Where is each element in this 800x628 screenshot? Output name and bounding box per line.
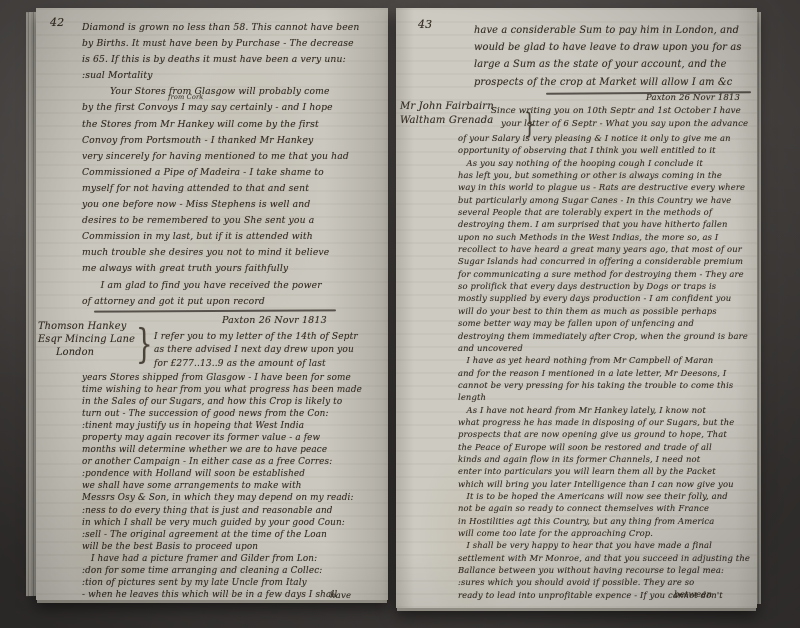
manuscript-line: months will determine whether we are to … [82,444,384,456]
manuscript-line: and uncovered [458,342,754,354]
manuscript-line: prospects that are now opening give us g… [458,428,754,440]
manuscript-line: have a considerable Sum to pay him in Lo… [474,22,760,39]
manuscript-line: so prolifick that every days destruction… [458,280,754,292]
manuscript-line: is 65. If this is by deaths it must have… [82,52,384,68]
manuscript-line: in which I shall be very much guided by … [82,517,384,529]
manuscript-line: will come too late for the approaching C… [458,527,754,539]
manuscript-line: I am glad to find you have received the … [82,278,384,294]
manuscript-line: me always with great truth yours faithfu… [82,261,384,277]
manuscript-line: London [38,346,148,359]
manuscript-line: your letter of 6 Septr - What you say up… [491,118,753,131]
page-number: 43 [418,18,432,31]
manuscript-line: you one before now - Miss Stephens is we… [82,197,384,213]
manuscript-line: kinds and again flow in its former Chann… [458,453,754,465]
manuscript-line: Ballance between you without having reco… [458,564,754,576]
manuscript-line: :ness to do every thing that is just and… [82,505,384,517]
manuscript-line: much trouble she desires you not to mind… [82,245,384,261]
manuscript-line: of attorney and got it put upon record [82,294,384,310]
manuscript-line: Convoy from Portsmouth - I thanked Mr Ha… [82,133,384,149]
manuscript-line: It is to be hoped the Americans will now… [458,490,754,502]
manuscript-line: recollect to have heard a great many yea… [458,243,754,255]
fairbairn-letter-opening: Since writing you on 10th Septr and 1st … [491,105,753,131]
fairbairn-letter-body: of your Salary is very pleasing & I noti… [458,132,754,601]
manuscript-line: :sures which you should avoid if possibl… [458,576,754,588]
manuscript-line: prospects of the crop at Market will all… [474,74,760,91]
manuscript-line: Sugar Islands had concurred in offering … [458,255,754,267]
left-page: 42 Diamond is grown no less than 58. Thi… [36,8,388,600]
manuscript-line: would be glad to have leave to draw upon… [474,39,760,56]
manuscript-line: destroying them. I am surprised that you… [458,218,754,230]
manuscript-line: in Hostilities agt this Country, but any… [458,515,754,527]
manuscript-line: As you say nothing of the hooping cough … [458,157,754,169]
manuscript-line: way in this world to plague us - Rats ar… [458,181,754,193]
manuscript-line: :tinent may justify us in hopeing that W… [82,420,384,432]
manuscript-line: property may again recover its former va… [82,432,384,444]
manuscript-line: not be again so ready to connect themsel… [458,502,754,514]
manuscript-line: which will bring you later Intelligence … [458,478,754,490]
manuscript-line: Thomson Hankey [38,320,148,333]
manuscript-scan: 42 Diamond is grown no less than 58. Thi… [0,0,800,628]
manuscript-line: in the Sales of our Sugars, and how this… [82,396,384,408]
manuscript-line: large a Sum as the state of your account… [474,56,760,73]
manuscript-line: some better way may be fallen upon of un… [458,317,754,329]
interlinear-insertion: from Cork [168,93,203,101]
manuscript-line: turn out - The succession of good news f… [82,408,384,420]
manuscript-line: by Births. It must have been by Purchase… [82,36,384,52]
manuscript-line: or another Campaign - In either case as … [82,456,384,468]
manuscript-line: Esqr Mincing Lane [38,333,148,346]
manuscript-line: myself for not having attended to that a… [82,181,384,197]
manuscript-line: by the first Convoys I may say certainly… [82,100,384,116]
manuscript-line: desires to be remembered to you She sent… [82,213,384,229]
manuscript-line: we shall have some arrangements to make … [82,480,384,492]
manuscript-line: of your Salary is very pleasing & I noti… [458,132,754,144]
manuscript-line: :sell - The original agreement at the ti… [82,529,384,541]
manuscript-line: destroying them immediately after Crop, … [458,330,754,342]
catchword: between [674,590,712,600]
catchword: have [330,591,351,601]
manuscript-line: :tion of pictures sent by my late Uncle … [82,577,384,589]
manuscript-line: :don for some time arranging and cleanin… [82,565,384,577]
manuscript-line: the Peace of Europe will soon be restore… [458,441,754,453]
previous-letter-end: Diamond is grown no less than 58. This c… [82,20,384,310]
manuscript-line: years Stores shipped from Glasgow - I ha… [82,372,384,384]
manuscript-line: for communicating a sure method for dest… [458,268,754,280]
manuscript-line: :pondence with Holland will soon be esta… [82,468,384,480]
manuscript-line: time wishing to hear from you what progr… [82,384,384,396]
manuscript-line: opportunity of observing that I think yo… [458,144,754,156]
manuscript-line: several People that are tolerably expert… [458,206,754,218]
manuscript-line: I refer you to my letter of the 14th of … [154,331,376,344]
manuscript-line: upon no such Methods in the West Indias,… [458,231,754,243]
manuscript-line: the Stores from Mr Hankey will come by t… [82,117,384,133]
manuscript-line: I shall be very happy to hear that you h… [458,539,754,551]
manuscript-line: As I have not heard from Mr Hankey latel… [458,404,754,416]
manuscript-line: I have as yet heard nothing from Mr Camp… [458,354,754,366]
manuscript-line: for £277..13..9 as the amount of last [154,358,376,371]
letter-separator-rule [94,309,336,312]
manuscript-line: has left you, but something or other is … [458,169,754,181]
hankey-margin-address: Thomson HankeyEsqr Mincing LaneLondon [38,320,148,359]
manuscript-line: Messrs Osy & Son, in which they may depe… [82,492,384,504]
manuscript-line: as there advised I next day drew upon yo… [154,344,376,357]
manuscript-line: Commission in my last, but if it is atte… [82,229,384,245]
manuscript-line: Your Stores from Glasgow will probably c… [82,84,384,100]
manuscript-line: will do your best to thin them as much a… [458,305,754,317]
manuscript-line: enter into particulars you will learn th… [458,465,754,477]
manuscript-line: settlement with Mr Monroe, and that you … [458,552,754,564]
hankey-letter-opening: I refer you to my letter of the 14th of … [154,331,376,371]
manuscript-line: but particularly among Sugar Canes - In … [458,194,754,206]
hankey-letter-end: have a considerable Sum to pay him in Lo… [474,22,760,91]
manuscript-line: Diamond is grown no less than 58. This c… [82,20,384,36]
manuscript-line: Commissioned a Pipe of Madeira - I take … [82,165,384,181]
manuscript-line: Since writing you on 10th Septr and 1st … [491,105,753,118]
hankey-letter-dateline: Paxton 26 Novr 1813 [222,315,327,326]
manuscript-line: very sincerely for having mentioned to m… [82,149,384,165]
manuscript-line: what progress he has made in disposing o… [458,416,754,428]
page-number: 42 [50,16,64,29]
right-page: 43 have a considerable Sum to pay him in… [396,8,757,608]
manuscript-line: mostly supplied by every days production… [458,292,754,304]
manuscript-line: cannot be very pressing for his taking t… [458,379,754,404]
hankey-letter-body: years Stores shipped from Glasgow - I ha… [82,372,384,601]
fairbairn-letter-dateline: Paxton 26 Novr 1813 [646,93,740,103]
manuscript-line: will be the best Basis to proceed upon [82,541,384,553]
manuscript-line: and for the reason I mentioned in a late… [458,367,754,379]
margin-brace: } [136,322,153,369]
manuscript-line: :sual Mortality [82,68,384,84]
manuscript-line: I have had a picture framer and Gilder f… [82,553,384,565]
